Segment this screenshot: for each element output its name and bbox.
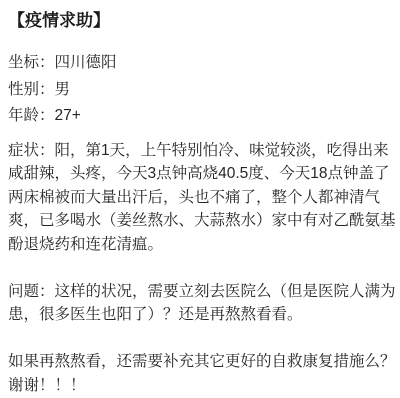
info-label: 年龄：	[8, 107, 55, 124]
info-field-location: 坐标：四川德阳	[8, 50, 394, 77]
info-block: 坐标：四川德阳 性别：男 年龄：27+	[8, 50, 394, 130]
followup-paragraph: 如果再熬熬看，还需要补充其它更好的自救康复措施么？谢谢！！！	[8, 350, 394, 397]
info-field-age: 年龄：27+	[8, 103, 394, 130]
text-line: 两床棉被而大量出汗后，头也不痛了，整个人都神清气	[8, 186, 394, 210]
info-label: 坐标：	[8, 54, 55, 71]
text-line: 咸甜辣，头疼，今天3点钟高烧40.5度、今天18点钟盖了	[8, 162, 394, 186]
symptoms-paragraph: 症状：阳，第1天，上午特别怕冷、味觉较淡，吃得出来咸甜辣，头疼，今天3点钟高烧4…	[8, 139, 394, 257]
help-post-page: 【疫情求助】 坐标：四川德阳 性别：男 年龄：27+ 症状：阳，第1天，上午特别…	[0, 0, 400, 398]
info-field-gender: 性别：男	[8, 77, 394, 104]
info-value: 男	[55, 81, 71, 98]
question-paragraph: 问题：这样的状况，需要立刻去医院么（但是医院人满为患，很多医生也阳了）？还是再熬…	[8, 280, 394, 327]
text-line: 症状：阳，第1天，上午特别怕冷、味觉较淡，吃得出来	[8, 139, 394, 163]
text-line: 爽，已多喝水（姜丝熬水、大蒜熬水）家中有对乙酰氨基	[8, 209, 394, 233]
info-value: 27+	[55, 107, 81, 124]
text-line: 谢谢！！！	[8, 374, 394, 398]
text-line: 如果再熬熬看，还需要补充其它更好的自救康复措施么？	[8, 350, 394, 374]
text-line: 问题：这样的状况，需要立刻去医院么（但是医院人满为	[8, 280, 394, 304]
info-value: 四川德阳	[55, 54, 117, 71]
text-line: 酚退烧药和连花清瘟。	[8, 233, 394, 257]
text-line: 患，很多医生也阳了）？还是再熬熬看看。	[8, 303, 394, 327]
post-title: 【疫情求助】	[8, 9, 394, 33]
info-label: 性别：	[8, 81, 55, 98]
